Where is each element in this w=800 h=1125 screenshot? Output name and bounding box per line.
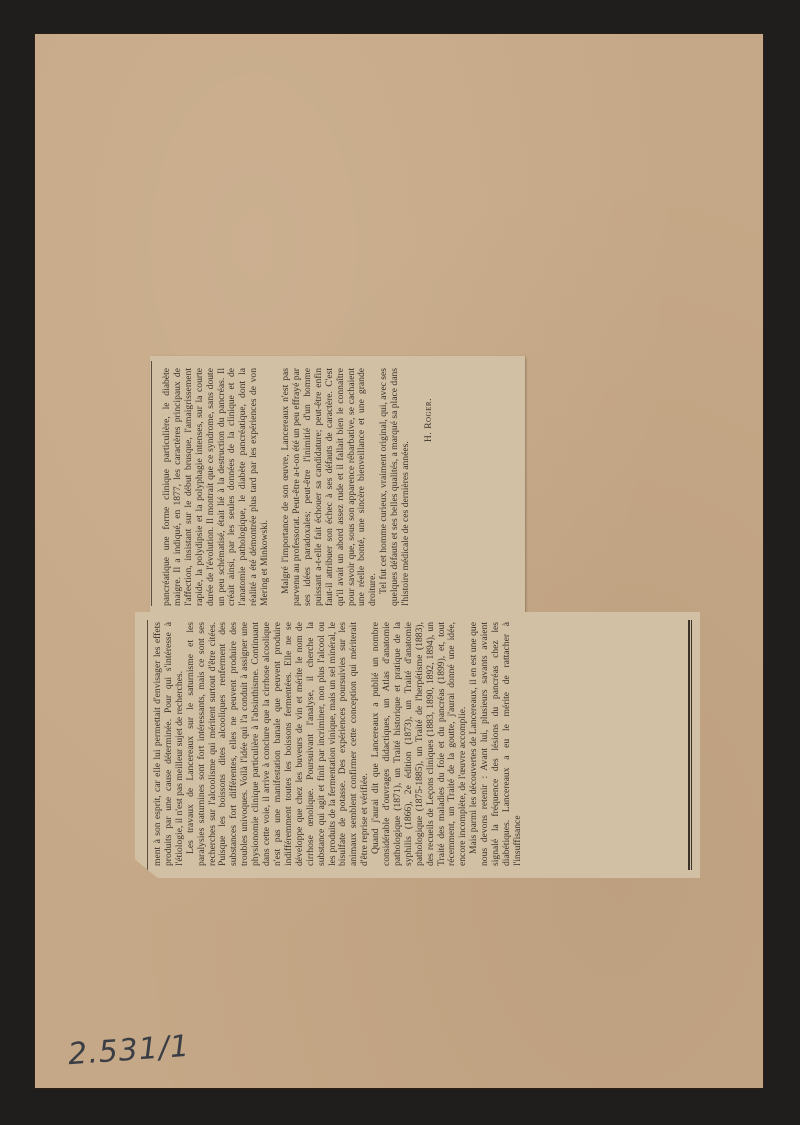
column-rule bbox=[147, 620, 148, 870]
lower-newspaper-clipping: ment à son esprit, car elle lui permetta… bbox=[135, 612, 700, 878]
column-end-double-rule bbox=[688, 620, 692, 870]
paragraph: Tel fut cet homme curieux, vraiment orig… bbox=[379, 368, 412, 606]
paragraph: Malgré l'importance de son œuvre, Lancer… bbox=[281, 368, 379, 606]
lower-clipping-text: ment à son esprit, car elle lui permetta… bbox=[153, 622, 524, 866]
paragraph: Les travaux de Lancereaux sur le saturni… bbox=[186, 622, 371, 866]
author-signature: H. Roger. bbox=[424, 368, 435, 606]
upper-newspaper-clipping: pancréatique une forme clinique particul… bbox=[150, 356, 525, 613]
paragraph: Quand j'aurai dit que Lancereaux a publi… bbox=[371, 622, 469, 866]
paragraph: pancréatique une forme clinique particul… bbox=[162, 368, 271, 606]
column-rule bbox=[151, 361, 152, 606]
upper-clipping-text: pancréatique une forme clinique particul… bbox=[162, 368, 435, 606]
paragraph: ment à son esprit, car elle lui permetta… bbox=[153, 622, 186, 866]
mounting-sheet: pancréatique une forme clinique particul… bbox=[35, 34, 763, 1088]
paragraph: Mais parmi les découvertes de Lancereaux… bbox=[469, 622, 524, 866]
